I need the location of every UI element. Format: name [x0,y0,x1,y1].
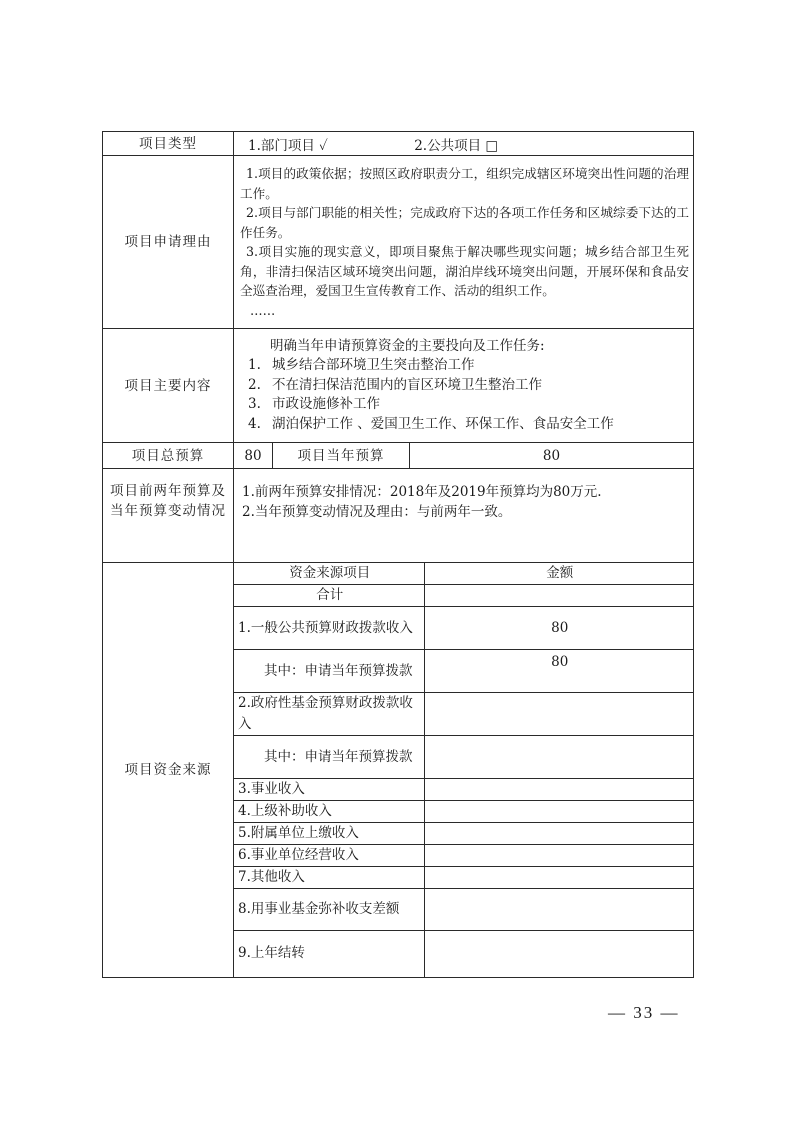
budget-history-label: 项目前两年预算及当年预算变动情况 [103,469,234,563]
funding-row: 7.其他收入 [234,867,693,889]
budget-history-text: 1.前两年预算安排情况：2018年及2019年预算均为80万元. 2.当年预算变… [234,469,694,563]
funding-row: 其中：申请当年预算拨款 80 [234,650,693,693]
row-budget-history: 项目前两年预算及当年预算变动情况 1.前两年预算安排情况：2018年及2019年… [103,469,694,563]
funding-row: 4.上级补助收入 [234,801,693,823]
row-main-content: 项目主要内容 明确当年申请预算资金的主要投向及工作任务: 1.城乡结合部环境卫生… [103,329,694,443]
content-item: 2.不在清扫保洁范围内的盲区环境卫生整治工作 [248,376,687,396]
row-application-reason: 项目申请理由 1.项目的政策依据；按照区政府职责分工，组织完成辖区环境突出性问题… [103,156,694,329]
funding-table: 资金来源项目 金额 合计 1.一般公共预算财政拨款收入 80 其中：申请当年预算… [234,563,693,977]
reason-paragraph-1: 1.项目的政策依据；按照区政府职责分工，组织完成辖区环境突出性问题的治理工作。 [240,164,689,203]
reason-ellipsis: …… [240,301,689,321]
content-item: 3.市政设施修补工作 [248,395,687,415]
funding-cell: 资金来源项目 金额 合计 1.一般公共预算财政拨款收入 80 其中：申请当年预算… [234,563,694,978]
funding-row: 1.一般公共预算财政拨款收入 80 [234,607,693,650]
total-budget-value: 80 [234,443,273,469]
project-budget-table: 项目类型 1.部门项目 ✓ 2.公共项目 □ 项目申请理由 1.项目的政策依据；… [102,131,694,978]
funding-row: 2.政府性基金预算财政拨款收入 [234,693,693,736]
option-department-project[interactable]: 1.部门项目 ✓ [248,134,328,154]
funding-header-row: 资金来源项目 金额 [234,563,693,585]
row-budget: 项目总预算 80 项目当年预算 80 [103,443,694,469]
funding-row: 5.附属单位上缴收入 [234,823,693,845]
application-reason-label: 项目申请理由 [103,156,234,329]
funding-header-source: 资金来源项目 [234,563,424,585]
budget-history-line-1: 1.前两年预算安排情况：2018年及2019年预算均为80万元. [242,483,687,503]
row-funding-sources: 项目资金来源 资金来源项目 金额 合计 1.一般公共预算财政拨款收入 80 其中… [103,563,694,978]
budget-history-line-2: 2.当年预算变动情况及理由：与前两年一致。 [242,503,687,523]
funding-row: 9.上年结转 [234,931,693,977]
row-project-type: 项目类型 1.部门项目 ✓ 2.公共项目 □ [103,132,694,156]
content-item: 1.城乡结合部环境卫生突击整治工作 [248,356,687,376]
content-item: 4.湖泊保护工作 、爱国卫生工作、环保工作、食品安全工作 [248,415,687,435]
option-public-project[interactable]: 2.公共项目 □ [414,134,498,154]
main-content-label: 项目主要内容 [103,329,234,443]
main-content-text: 明确当年申请预算资金的主要投向及工作任务: 1.城乡结合部环境卫生突击整治工作 … [234,329,694,443]
reason-paragraph-2: 2.项目与部门职能的相关性；完成政府下达的各项工作任务和区城综委下达的工作任务。 [240,203,689,242]
funding-row: 合计 [234,585,693,607]
project-type-options: 1.部门项目 ✓ 2.公共项目 □ [234,132,694,156]
page-number: — 33 — [608,1003,680,1023]
total-budget-label: 项目总预算 [103,443,234,469]
main-content-heading: 明确当年申请预算资金的主要投向及工作任务: [248,337,687,357]
current-budget-label: 项目当年预算 [273,443,410,469]
funding-row: 8.用事业基金弥补收支差额 [234,889,693,931]
application-reason-text: 1.项目的政策依据；按照区政府职责分工，组织完成辖区环境突出性问题的治理工作。 … [234,156,694,329]
funding-header-amount: 金额 [424,563,693,585]
funding-label: 项目资金来源 [103,563,234,978]
funding-row: 其中：申请当年预算拨款 [234,736,693,779]
funding-row: 6.事业单位经营收入 [234,845,693,867]
reason-paragraph-3: 3.项目实施的现实意义，即项目聚焦于解决哪些现实问题；城乡结合部卫生死角，非清扫… [240,242,689,301]
current-budget-value: 80 [410,443,694,469]
funding-row: 3.事业收入 [234,779,693,801]
project-type-label: 项目类型 [103,132,234,156]
